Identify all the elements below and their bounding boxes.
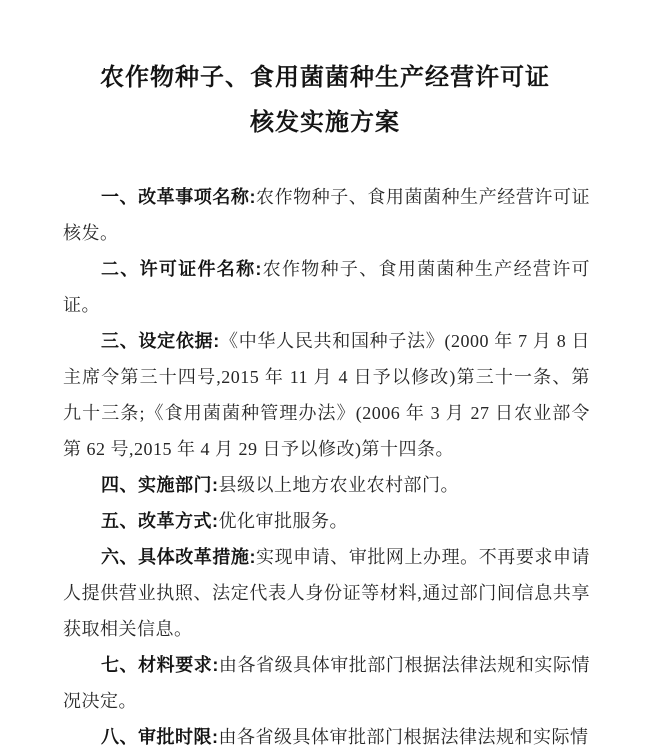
section-paragraph: 六、具体改革措施:实现申请、审批网上办理。不再要求申请人提供营业执照、法定代表人… [63,539,590,647]
section-paragraph: 四、实施部门:县级以上地方农业农村部门。 [63,467,590,503]
section-label: 一、改革事项名称: [101,187,256,207]
section-text: 由各省级具体审批部门根据法律法规和实际情 [219,727,589,747]
document-body: 一、改革事项名称:农作物种子、食用菌菌种生产经营许可证核发。二、许可证件名称:农… [63,179,590,747]
section-label: 四、实施部门: [101,475,219,495]
section-paragraph: 五、改革方式:优化审批服务。 [63,503,590,539]
document-page: 农作物种子、食用菌菌种生产经营许可证 核发实施方案 一、改革事项名称:农作物种子… [0,0,650,747]
document-title: 农作物种子、食用菌菌种生产经营许可证 核发实施方案 [0,56,650,146]
section-label: 三、设定依据: [101,331,220,351]
section-text: 县级以上地方农业农村部门。 [219,475,460,495]
section-label: 二、许可证件名称: [101,259,262,279]
section-label: 七、材料要求: [101,655,219,675]
section-text: 优化审批服务。 [219,511,349,531]
section-label: 八、审批时限: [101,727,219,747]
section-paragraph: 八、审批时限:由各省级具体审批部门根据法律法规和实际情 [63,719,590,747]
section-paragraph: 一、改革事项名称:农作物种子、食用菌菌种生产经营许可证核发。 [63,179,590,251]
section-paragraph: 七、材料要求:由各省级具体审批部门根据法律法规和实际情况决定。 [63,647,590,719]
section-label: 六、具体改革措施: [101,547,256,567]
section-paragraph: 三、设定依据:《中华人民共和国种子法》(2000 年 7 月 8 日主席令第三十… [63,323,590,467]
document-title-line1: 农作物种子、食用菌菌种生产经营许可证 [0,56,650,101]
document-title-line2: 核发实施方案 [0,101,650,146]
section-paragraph: 二、许可证件名称:农作物种子、食用菌菌种生产经营许可证。 [63,251,590,323]
section-label: 五、改革方式: [101,511,219,531]
